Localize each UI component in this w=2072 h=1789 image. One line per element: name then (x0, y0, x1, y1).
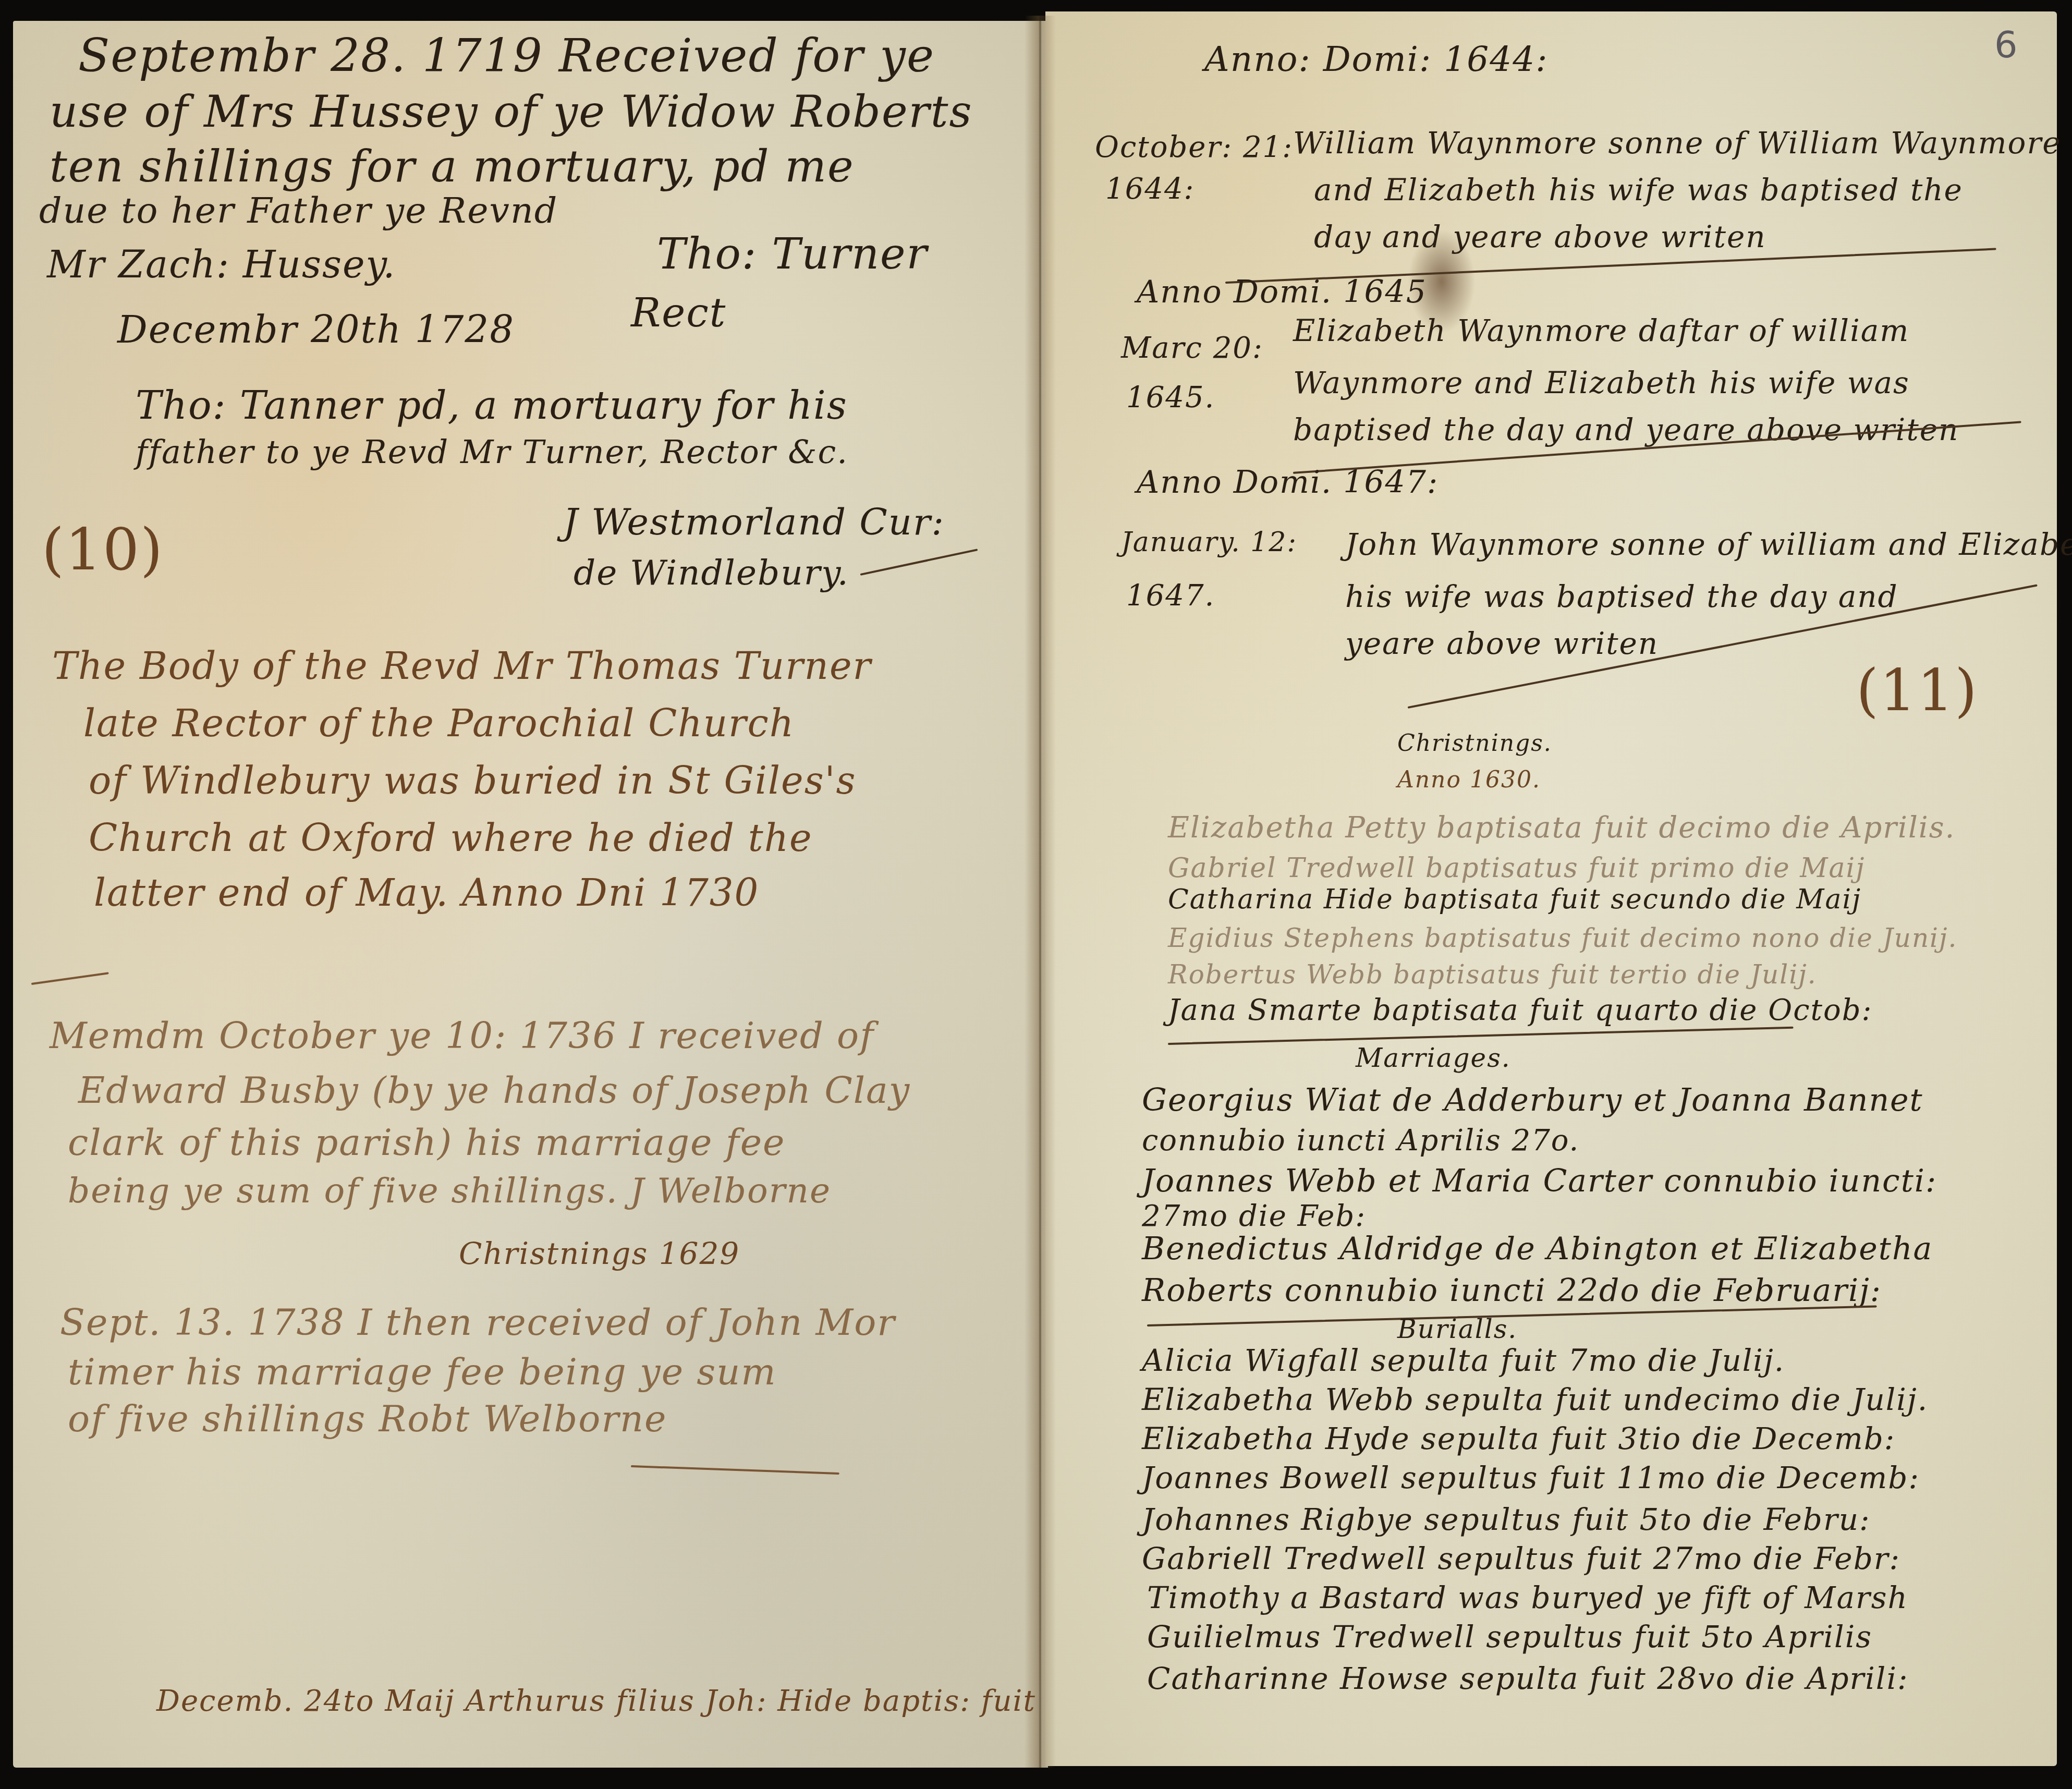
entry-2-date: Decembr 20th 1728 (117, 308, 515, 351)
entry-1-signature-title: Rect (631, 289, 726, 336)
entry-1-line-5: Mr Zach: Hussey. (47, 242, 396, 286)
christnings-1629-heading: Christnings 1629 (459, 1236, 740, 1271)
entry-1-line-3: ten shillings for a mortuary, pd me (50, 141, 855, 192)
record-1644-line-2: and Elizabeth his wife was baptised the (1314, 172, 1963, 208)
christening-record: Gabriel Tredwell baptisatus fuit primo d… (1168, 853, 1865, 884)
entry-4-line-2: Edward Busby (by ye hands of Joseph Clay (78, 1069, 910, 1112)
burial-record: Elizabetha Hyde sepulta fuit 3tio die De… (1142, 1421, 1895, 1456)
christening-record: Robertus Webb baptisatus fuit tertio die… (1168, 959, 1817, 990)
entry-1-line-2: use of Mrs Hussey of ye Widow Roberts (50, 86, 973, 137)
burial-record: Gabriell Tredwell sepultus fuit 27mo die… (1142, 1541, 1900, 1576)
christening-record: Egidius Stephens baptisatus fuit decimo … (1168, 923, 1957, 953)
entry-5-line-1: Sept. 13. 1738 I then received of John M… (60, 1301, 896, 1344)
burial-record: Catharinne Howse sepulta fuit 28vo die A… (1147, 1661, 1908, 1696)
record-1647-line-2: his wife was baptised the day and (1345, 579, 1898, 614)
burial-record: Timothy a Bastard was buryed ye fift of … (1147, 1580, 1908, 1615)
record-1647-date: January. 12: (1121, 527, 1297, 558)
record-1644-date: October: 21: (1095, 130, 1293, 164)
entry-4-line-1: Memdm October ye 10: 1736 I received of (50, 1014, 874, 1057)
entry-4-line-4: being ye sum of five shillings. J Welbor… (68, 1171, 831, 1211)
marriage-record: Benedictus Aldridge de Abington et Eliza… (1142, 1231, 1933, 1267)
entry-1-signature: Tho: Turner (657, 229, 928, 279)
record-1647-line-1: John Waynmore sonne of william and Eliza… (1345, 527, 2072, 562)
entry-5-line-3: of five shillings Robt Welborne (68, 1397, 667, 1440)
year-heading-1647: Anno Domi. 1647: (1137, 464, 1439, 501)
entry-2-line-2: ffather to ye Revd Mr Turner, Rector &c. (136, 433, 848, 471)
entry-1-line-1: Septembr 28. 1719 Received for ye (78, 29, 935, 82)
record-1644-year: 1644: (1105, 172, 1195, 206)
record-1647-year: 1647. (1126, 579, 1215, 613)
entry-5-line-2: timer his marriage fee being ye sum (68, 1350, 777, 1393)
year-heading-1644: Anno: Domi: 1644: (1204, 39, 1548, 79)
christnings-heading: Christnings. (1397, 730, 1552, 757)
year-heading-1645: Anno Domi. 1645 (1137, 274, 1427, 310)
marriage-record: Roberts connubio iuncti 22do die Februar… (1142, 1272, 1882, 1309)
burial-record: Guilielmus Tredwell sepultus fuit 5to Ap… (1147, 1619, 1872, 1654)
record-1645-line-3: baptised the day and yeare above writen (1293, 412, 1959, 447)
burial-record: Joannes Bowell sepultus fuit 11mo die De… (1142, 1460, 1920, 1495)
entry-4-line-3: clark of this parish) his marriage fee (68, 1121, 786, 1164)
christnings-subheading: Anno 1630. (1397, 766, 1541, 793)
entry-2-signature: J Westmorland Cur: (563, 501, 945, 543)
christening-record: Jana Smarte baptisata fuit quarto die Oc… (1168, 993, 1872, 1027)
entry-3-line-1: The Body of the Revd Mr Thomas Turner (52, 644, 872, 688)
burialls-heading: Burialls. (1397, 1314, 1517, 1344)
entry-1-line-4: due to her Father ye Revnd (39, 190, 558, 232)
page-number: 6 (1994, 23, 2018, 66)
burial-record: Alicia Wigfall sepulta fuit 7mo die Juli… (1142, 1343, 1785, 1378)
christening-record: Elizabetha Petty baptisata fuit decimo d… (1168, 811, 1955, 845)
christening-record: Catharina Hide baptisata fuit secundo di… (1168, 884, 1861, 915)
folio-margin-note: (10) (42, 516, 164, 583)
record-1644-line-3: day and yeare above writen (1314, 219, 1766, 254)
record-1647-line-3: yeare above writen (1345, 626, 1659, 661)
burial-record: Johannes Rigbye sepultus fuit 5to die Fe… (1142, 1502, 1871, 1537)
entry-2-line-1: Tho: Tanner pd, a mortuary for his (136, 383, 848, 428)
marriage-record: 27mo die Feb: (1142, 1199, 1366, 1233)
book-gutter (1025, 16, 1056, 1768)
entry-3-line-5: latter end of May. Anno Dni 1730 (94, 871, 759, 915)
entry-3-line-2: late Rector of the Parochial Church (83, 701, 795, 745)
entry-3-line-3: of Windlebury was buried in St Giles's (89, 759, 856, 802)
record-1645-line-1: Elizabeth Waynmore daftar of william (1293, 313, 1909, 348)
entry-2-signature-place: de Windlebury. (574, 553, 849, 593)
record-1645-date: Marc 20: (1121, 331, 1263, 365)
marriage-record: Georgius Wiat de Adderbury et Joanna Ban… (1142, 1082, 1923, 1118)
entry-3-line-4: Church at Oxford where he died the (89, 816, 813, 860)
record-1644-line-1: William Waynmore sonne of William Waynmo… (1293, 125, 2062, 161)
marriages-heading: Marriages. (1356, 1043, 1511, 1073)
burial-record: Elizabetha Webb sepulta fuit undecimo di… (1142, 1382, 1928, 1417)
entry-6-line-1: Decemb. 24to Maij Arthurus filius Joh: H… (156, 1684, 1036, 1718)
record-1645-line-2: Waynmore and Elizabeth his wife was (1293, 365, 1910, 400)
marriage-record: Joannes Webb et Maria Carter connubio iu… (1142, 1163, 1937, 1199)
folio-margin-note: (11) (1856, 657, 1978, 724)
record-1645-year: 1645. (1126, 381, 1215, 415)
marriage-record: connubio iuncti Aprilis 27o. (1142, 1124, 1579, 1158)
